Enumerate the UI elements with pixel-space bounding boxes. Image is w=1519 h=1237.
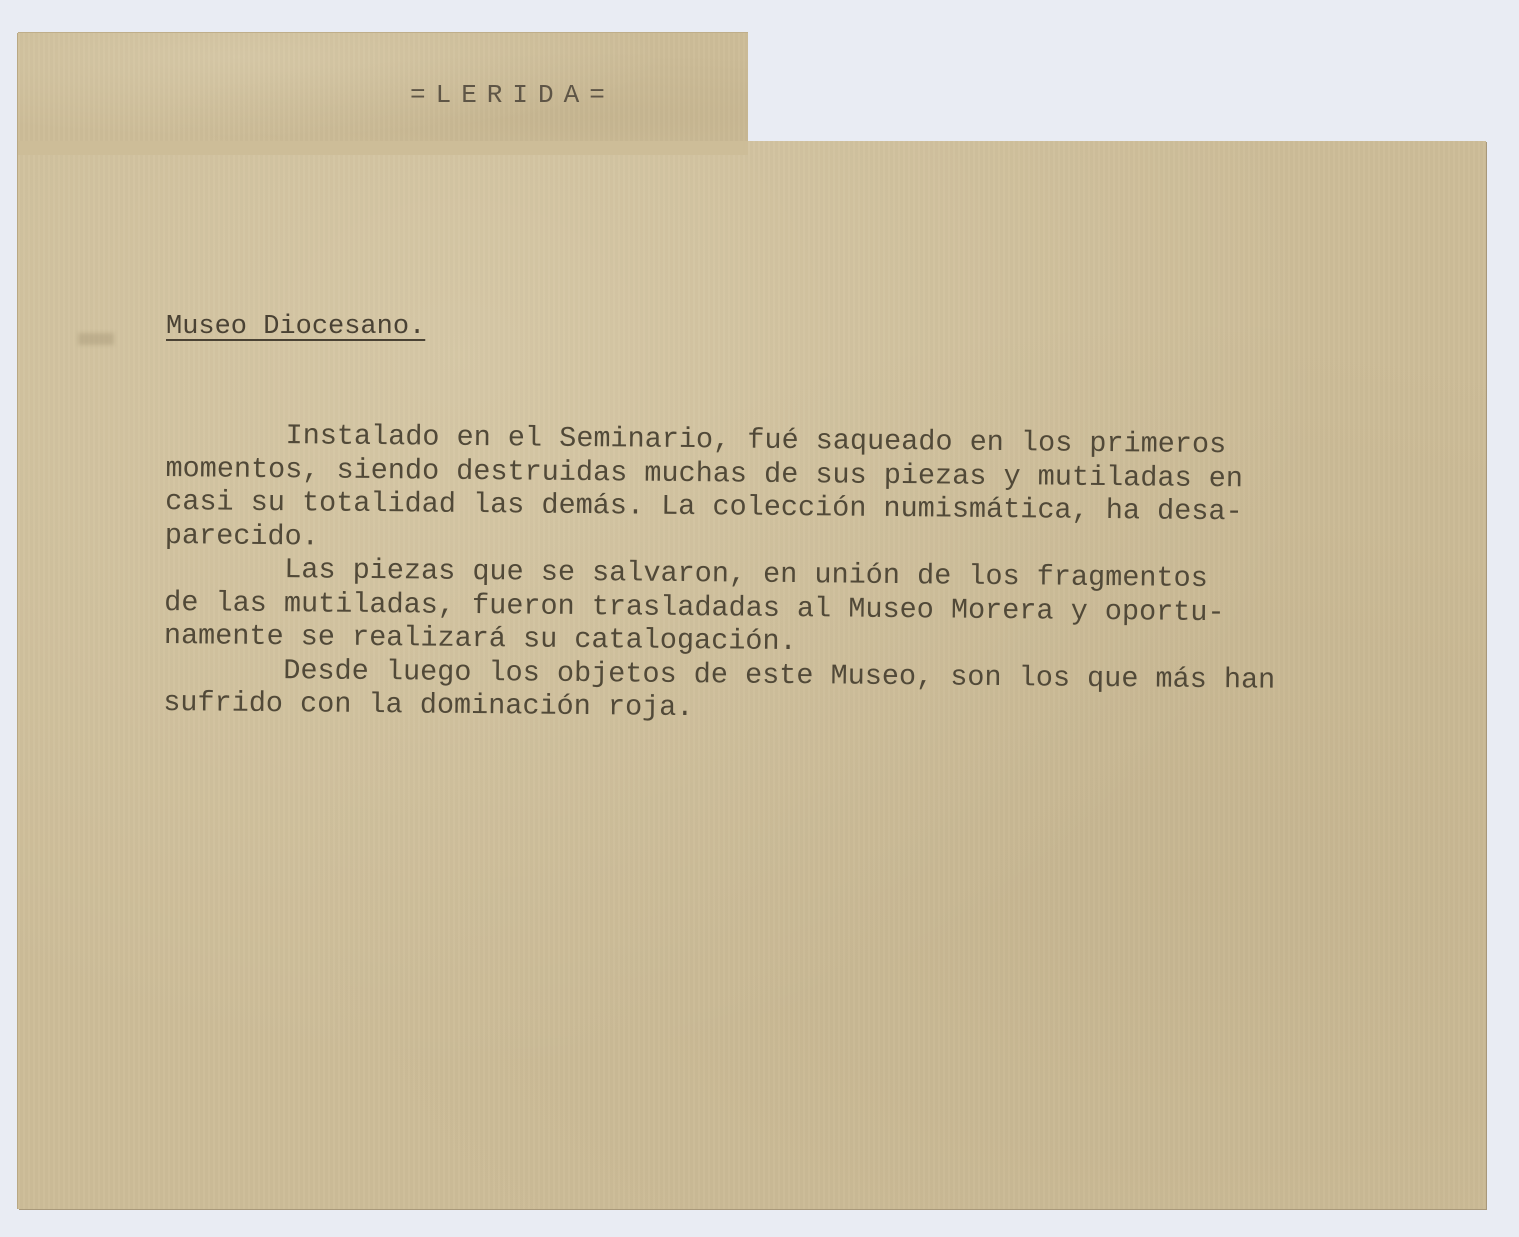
paper-sheet-top-tab — [18, 33, 748, 153]
section-title: Museo Diocesano. — [166, 312, 425, 342]
document-heading: =LERIDA= — [410, 80, 615, 110]
paper-seam — [18, 141, 748, 155]
paper-texture — [18, 33, 748, 153]
body-text: Instalado en el Seminario, fué saqueado … — [163, 418, 1486, 732]
margin-smudge — [78, 333, 114, 345]
